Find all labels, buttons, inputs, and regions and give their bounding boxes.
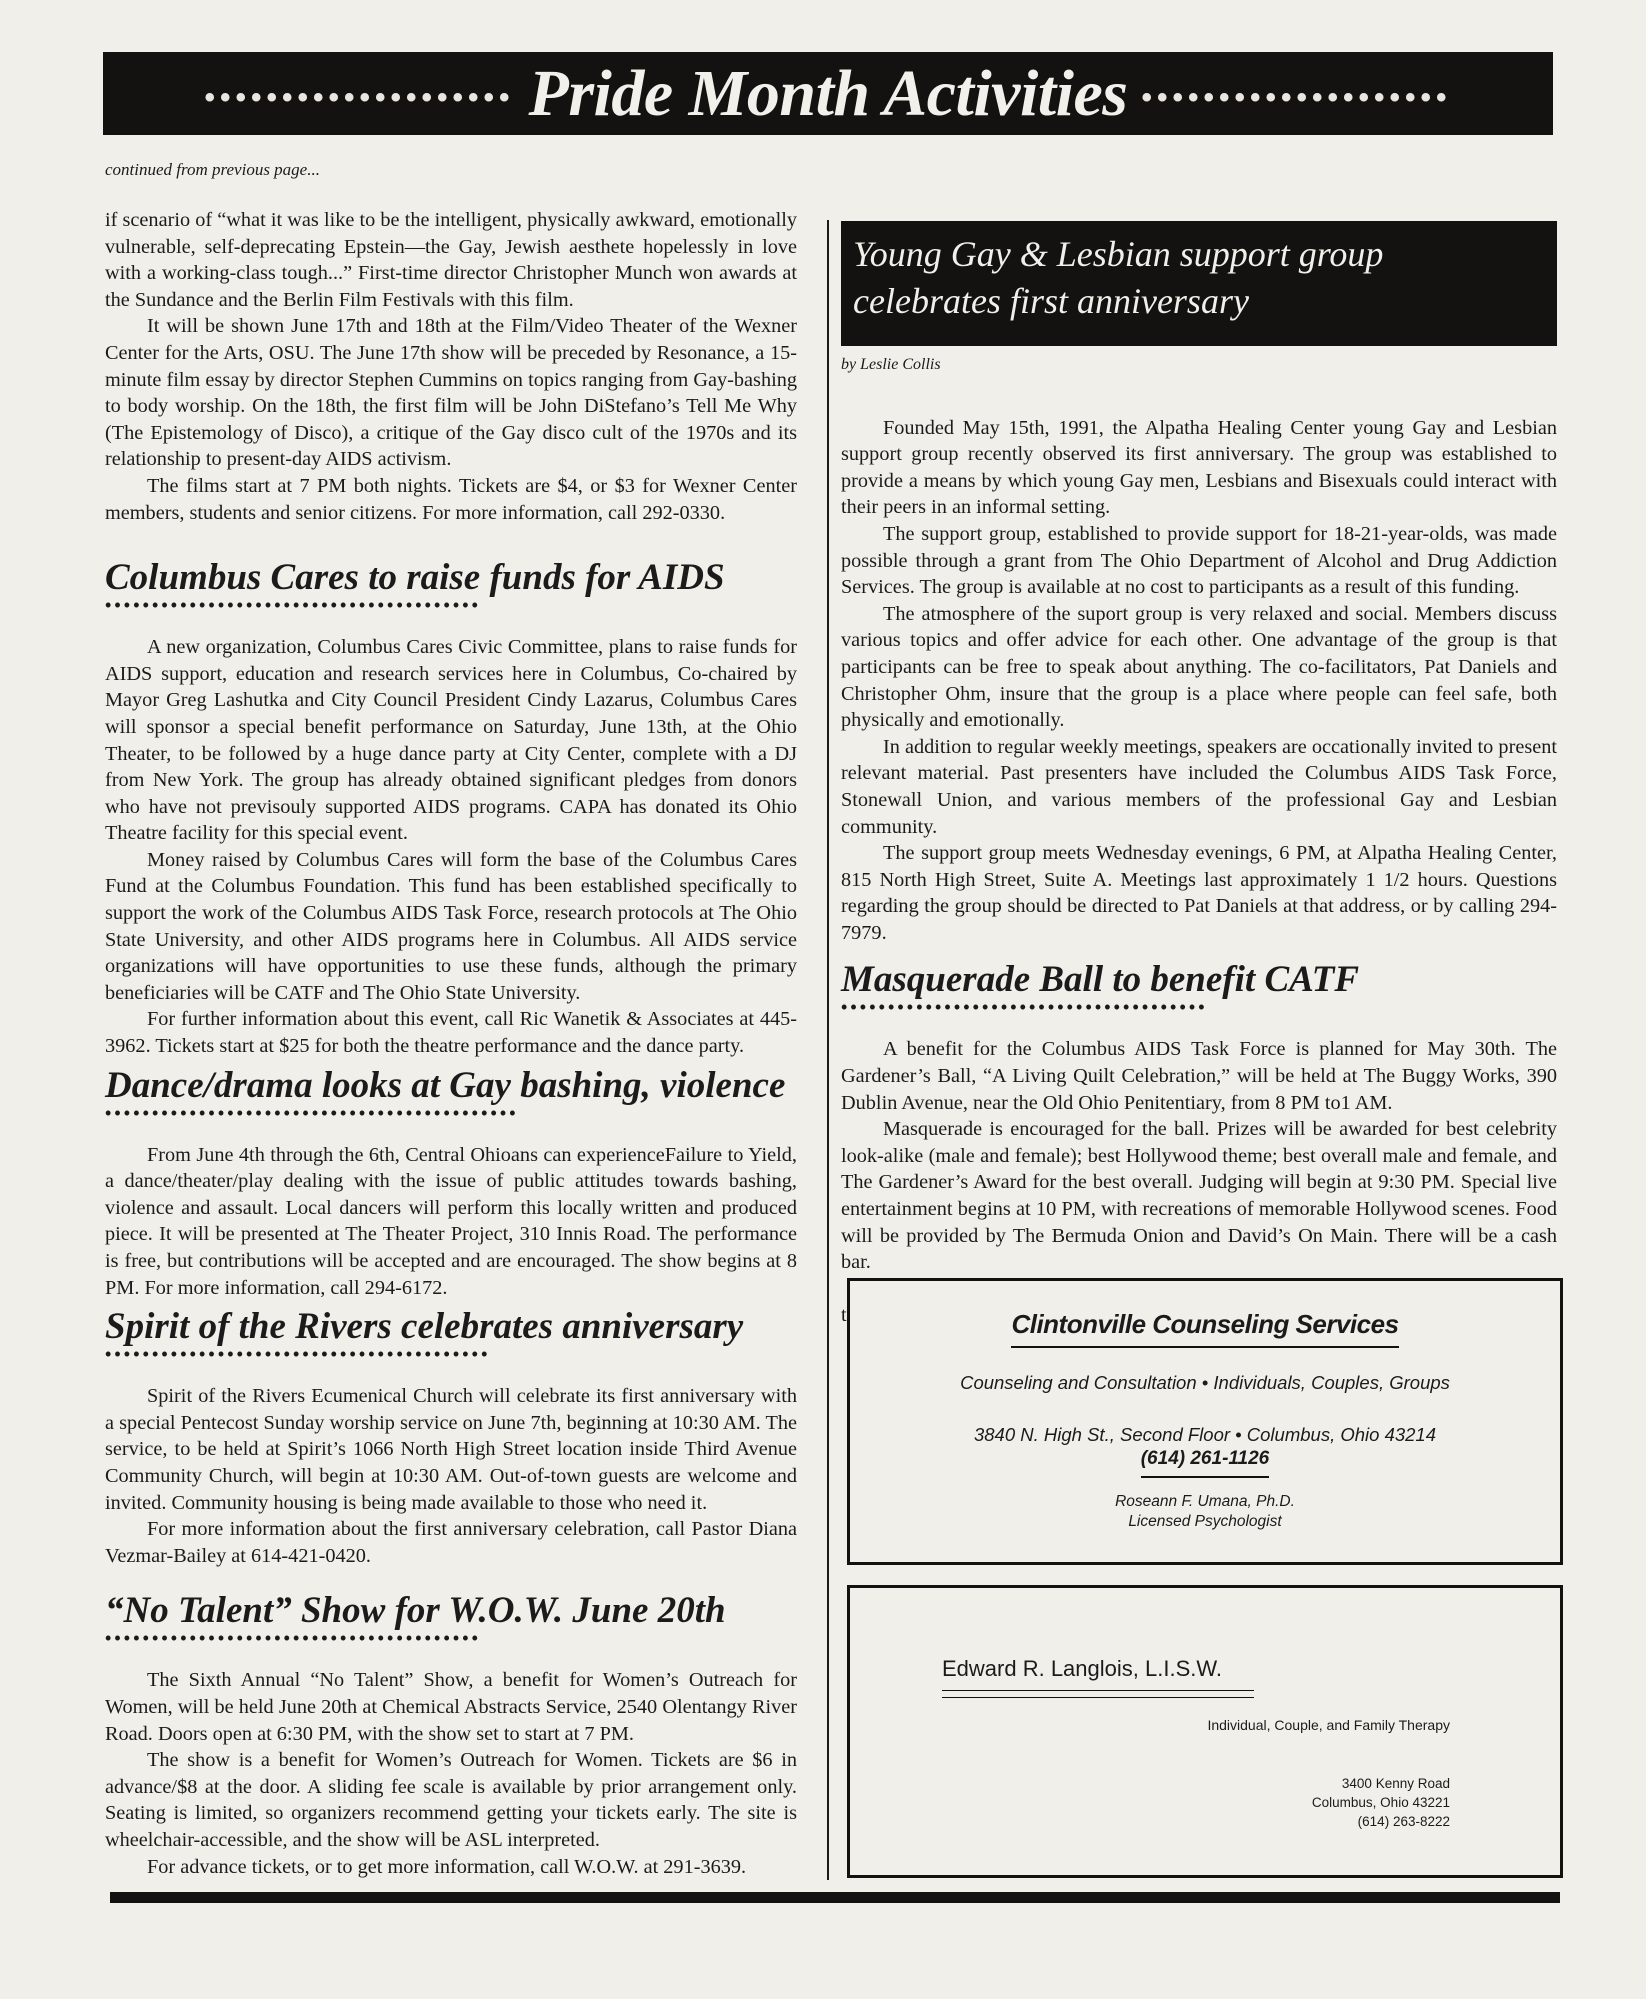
paragraph: A new organization, Columbus Cares Civic… bbox=[105, 634, 797, 847]
paragraph: The films start at 7 PM both nights. Tic… bbox=[105, 473, 797, 526]
paragraph: The Sixth Annual “No Talent” Show, a ben… bbox=[105, 1667, 797, 1747]
article-spirit-of-the-rivers: Spirit of the Rivers celebrates annivers… bbox=[105, 1307, 797, 1569]
headline-dot-rule: •••••••••••••••••••••••••••••••••••••••• bbox=[105, 598, 797, 612]
feature-headline-box: Young Gay & Lesbian support group celebr… bbox=[841, 221, 1557, 346]
feature-headline-line2: celebrates first anniversary bbox=[853, 278, 1545, 325]
headline-dot-rule: ••••••••••••••••••••••••••••••••••••••••… bbox=[105, 1106, 797, 1120]
article-no-talent-show: “No Talent” Show for W.O.W. June 20th ••… bbox=[105, 1591, 797, 1880]
page-title: Pride Month Activities bbox=[529, 56, 1128, 132]
ad-address: 3840 N. High St., Second Floor • Columbu… bbox=[850, 1424, 1560, 1446]
headline-dot-rule: ••••••••••••••••••••••••••••••••••••••••… bbox=[105, 1347, 797, 1361]
article-headline: Columbus Cares to raise funds for AIDS bbox=[105, 558, 797, 598]
feature-headline-line1: Young Gay & Lesbian support group bbox=[853, 231, 1545, 278]
paragraph: In addition to regular weekly meetings, … bbox=[841, 734, 1557, 840]
article-headline: Masquerade Ball to benefit CATF bbox=[841, 960, 1557, 1000]
bottom-rule bbox=[110, 1892, 1560, 1903]
article-young-gay-lesbian-group: Young Gay & Lesbian support group celebr… bbox=[841, 221, 1557, 946]
banner-dots-left: •••••••••••••••••••• bbox=[204, 83, 514, 113]
article-masquerade-ball: Masquerade Ball to benefit CATF ••••••••… bbox=[841, 960, 1557, 1329]
headline-dot-rule: •••••••••••••••••••••••••••••••••••••••• bbox=[105, 1631, 797, 1645]
ad-langlois-therapy: Edward R. Langlois, L.I.S.W. Individual,… bbox=[847, 1585, 1563, 1878]
headline-dot-rule: ••••••••••••••••••••••••••••••••••••••• bbox=[841, 1000, 1557, 1014]
ad-business-name: Clintonville Counseling Services bbox=[1011, 1309, 1398, 1348]
article-dance-drama: Dance/drama looks at Gay bashing, violen… bbox=[105, 1066, 797, 1302]
ad-person-title: Licensed Psychologist bbox=[850, 1512, 1560, 1532]
ad-address-block: 3400 Kenny Road Columbus, Ohio 43221 (61… bbox=[1312, 1774, 1450, 1831]
ad-business-name: Edward R. Langlois, L.I.S.W. bbox=[942, 1656, 1222, 1682]
paragraph: For further information about this event… bbox=[105, 1006, 797, 1059]
paragraph: The support group meets Wednesday evenin… bbox=[841, 840, 1557, 946]
ad-services: Individual, Couple, and Family Therapy bbox=[1207, 1717, 1450, 1733]
left-column: if scenario of “what it was like to be t… bbox=[105, 197, 797, 1880]
paragraph: For advance tickets, or to get more info… bbox=[105, 1854, 797, 1881]
paragraph: Masquerade is encouraged for the ball. P… bbox=[841, 1116, 1557, 1276]
film-article-continuation: if scenario of “what it was like to be t… bbox=[105, 207, 797, 526]
ad-person: Roseann F. Umana, Ph.D. bbox=[850, 1492, 1560, 1512]
paragraph: From June 4th through the 6th, Central O… bbox=[105, 1142, 797, 1302]
ad-phone: (614) 261-1126 bbox=[1141, 1448, 1270, 1478]
ad-clintonville-counseling: Clintonville Counseling Services Counsel… bbox=[847, 1278, 1563, 1565]
paragraph: if scenario of “what it was like to be t… bbox=[105, 207, 797, 313]
ad-address-line2: Columbus, Ohio 43221 bbox=[1312, 1793, 1450, 1812]
article-columbus-cares: Columbus Cares to raise funds for AIDS •… bbox=[105, 558, 797, 1060]
ad-phone: (614) 263-8222 bbox=[1312, 1812, 1450, 1831]
paragraph: Money raised by Columbus Cares will form… bbox=[105, 847, 797, 1007]
article-headline: Spirit of the Rivers celebrates annivers… bbox=[105, 1307, 797, 1347]
article-headline: “No Talent” Show for W.O.W. June 20th bbox=[105, 1591, 797, 1631]
paragraph: Spirit of the Rivers Ecumenical Church w… bbox=[105, 1383, 797, 1516]
page-banner: •••••••••••••••••••• Pride Month Activit… bbox=[103, 52, 1553, 135]
paragraph: The atmosphere of the suport group is ve… bbox=[841, 601, 1557, 734]
paragraph: It will be shown June 17th and 18th at t… bbox=[105, 313, 797, 473]
right-column: Young Gay & Lesbian support group celebr… bbox=[841, 221, 1557, 1329]
paragraph: The support group, established to provid… bbox=[841, 521, 1557, 601]
article-headline: Dance/drama looks at Gay bashing, violen… bbox=[105, 1066, 797, 1106]
paragraph: For more information about the first ann… bbox=[105, 1516, 797, 1569]
ad-services: Counseling and Consultation • Individual… bbox=[850, 1372, 1560, 1394]
paragraph: A benefit for the Columbus AIDS Task For… bbox=[841, 1036, 1557, 1116]
column-divider bbox=[827, 220, 829, 1880]
banner-dots-right: •••••••••••••••••••• bbox=[1141, 83, 1451, 113]
continued-label: continued from previous page... bbox=[105, 160, 320, 180]
paragraph: The show is a benefit for Women’s Outrea… bbox=[105, 1747, 797, 1853]
ad-address-line1: 3400 Kenny Road bbox=[1312, 1774, 1450, 1793]
ad-double-rule bbox=[942, 1690, 1254, 1698]
paragraph: Founded May 15th, 1991, the Alpatha Heal… bbox=[841, 415, 1557, 521]
byline: by Leslie Collis bbox=[841, 352, 1557, 379]
